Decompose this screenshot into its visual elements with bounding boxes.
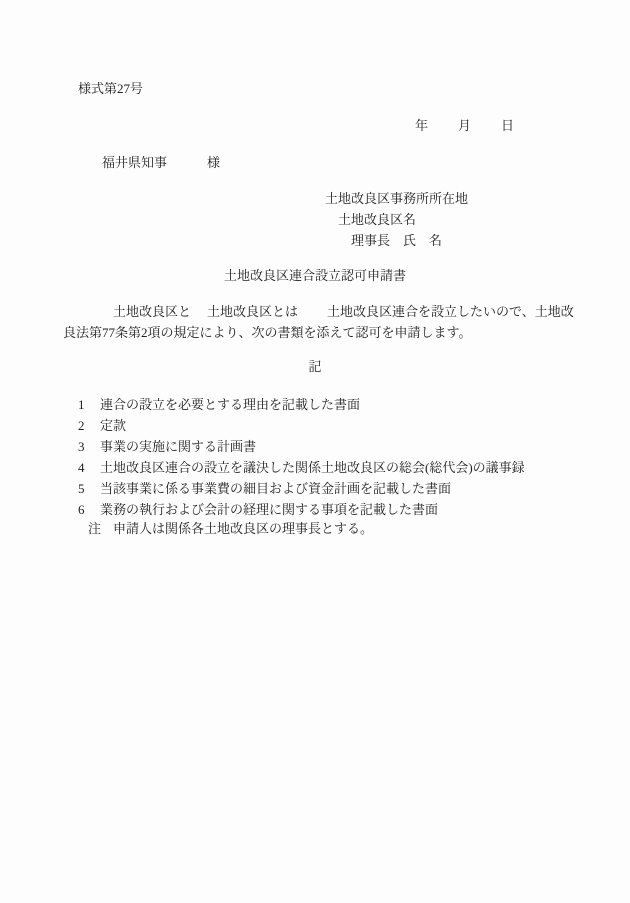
addressee-line: 福井県知事 様 bbox=[102, 154, 220, 171]
item-text: 当該事業に係る事業費の細目および資金計画を記載した書面 bbox=[100, 480, 451, 497]
date-day-label: 日 bbox=[501, 117, 514, 134]
ki-heading: 記 bbox=[0, 358, 630, 375]
form-number: 様式第27号 bbox=[78, 80, 143, 97]
attachment-item: 3 事業の実施に関する計画書 bbox=[78, 438, 256, 455]
item-number: 3 bbox=[78, 438, 100, 455]
document-page: 様式第27号 年 月 日 福井県知事 様 土地改良区事務所所在地 土地改良区名 … bbox=[0, 0, 630, 903]
item-text: 事業の実施に関する計画書 bbox=[100, 438, 256, 455]
document-title: 土地改良区連合設立認可申請書 bbox=[0, 267, 630, 284]
body-line-1: 土地改良区と 土地改良区とは 土地改良区連合を設立したいので、土地改 bbox=[63, 303, 574, 320]
blank-field-district-1 bbox=[63, 303, 113, 304]
note-line: 注 申請人は関係各土地改良区の理事長とする。 bbox=[88, 520, 373, 537]
sender-district-name-label: 土地改良区名 bbox=[338, 211, 416, 228]
date-line: 年 月 日 bbox=[415, 117, 514, 134]
item-number: 2 bbox=[78, 417, 100, 434]
attachment-item: 2 定款 bbox=[78, 417, 126, 434]
item-number: 6 bbox=[78, 501, 100, 518]
sender-chairman-label: 理事長 氏 名 bbox=[351, 232, 442, 249]
blank-field-month bbox=[471, 117, 501, 118]
item-text: 連合の設立を必要とする理由を記載した書面 bbox=[100, 396, 360, 413]
note-label: 注 bbox=[88, 520, 101, 537]
addressee-honorific: 様 bbox=[207, 154, 220, 171]
note-text: 申請人は関係各土地改良区の理事長とする。 bbox=[113, 520, 373, 537]
attachment-item: 6 業務の執行および会計の経理に関する事項を記載した書面 bbox=[78, 501, 438, 518]
blank-field-district-2 bbox=[191, 303, 207, 304]
date-month-label: 月 bbox=[458, 117, 471, 134]
blank-field-union-name bbox=[298, 303, 327, 304]
body-seg-1: 土地改良区と bbox=[113, 303, 191, 320]
body-seg-3: 土地改良区連合を設立したいので、土地改 bbox=[327, 303, 574, 320]
date-year-label: 年 bbox=[415, 117, 428, 134]
item-number: 4 bbox=[78, 459, 100, 476]
blank-field-addressee bbox=[167, 154, 207, 155]
note-gap bbox=[101, 520, 113, 521]
addressee-name: 福井県知事 bbox=[102, 154, 167, 171]
attachment-item: 4 土地改良区連合の設立を議決した関係土地改良区の総会(総代会)の議事録 bbox=[78, 459, 525, 476]
item-text: 業務の執行および会計の経理に関する事項を記載した書面 bbox=[100, 501, 438, 518]
sender-office-address-label: 土地改良区事務所所在地 bbox=[325, 190, 468, 207]
item-number: 5 bbox=[78, 480, 100, 497]
attachment-item: 5 当該事業に係る事業費の細目および資金計画を記載した書面 bbox=[78, 480, 451, 497]
body-line-2: 良法第77条第2項の規定により、次の書類を添えて認可を申請します。 bbox=[63, 324, 471, 341]
item-text: 土地改良区連合の設立を議決した関係土地改良区の総会(総代会)の議事録 bbox=[100, 459, 525, 476]
body-seg-2: 土地改良区とは bbox=[207, 303, 298, 320]
item-text: 定款 bbox=[100, 417, 126, 434]
blank-field-year bbox=[428, 117, 458, 118]
attachment-item: 1 連合の設立を必要とする理由を記載した書面 bbox=[78, 396, 360, 413]
item-number: 1 bbox=[78, 396, 100, 413]
